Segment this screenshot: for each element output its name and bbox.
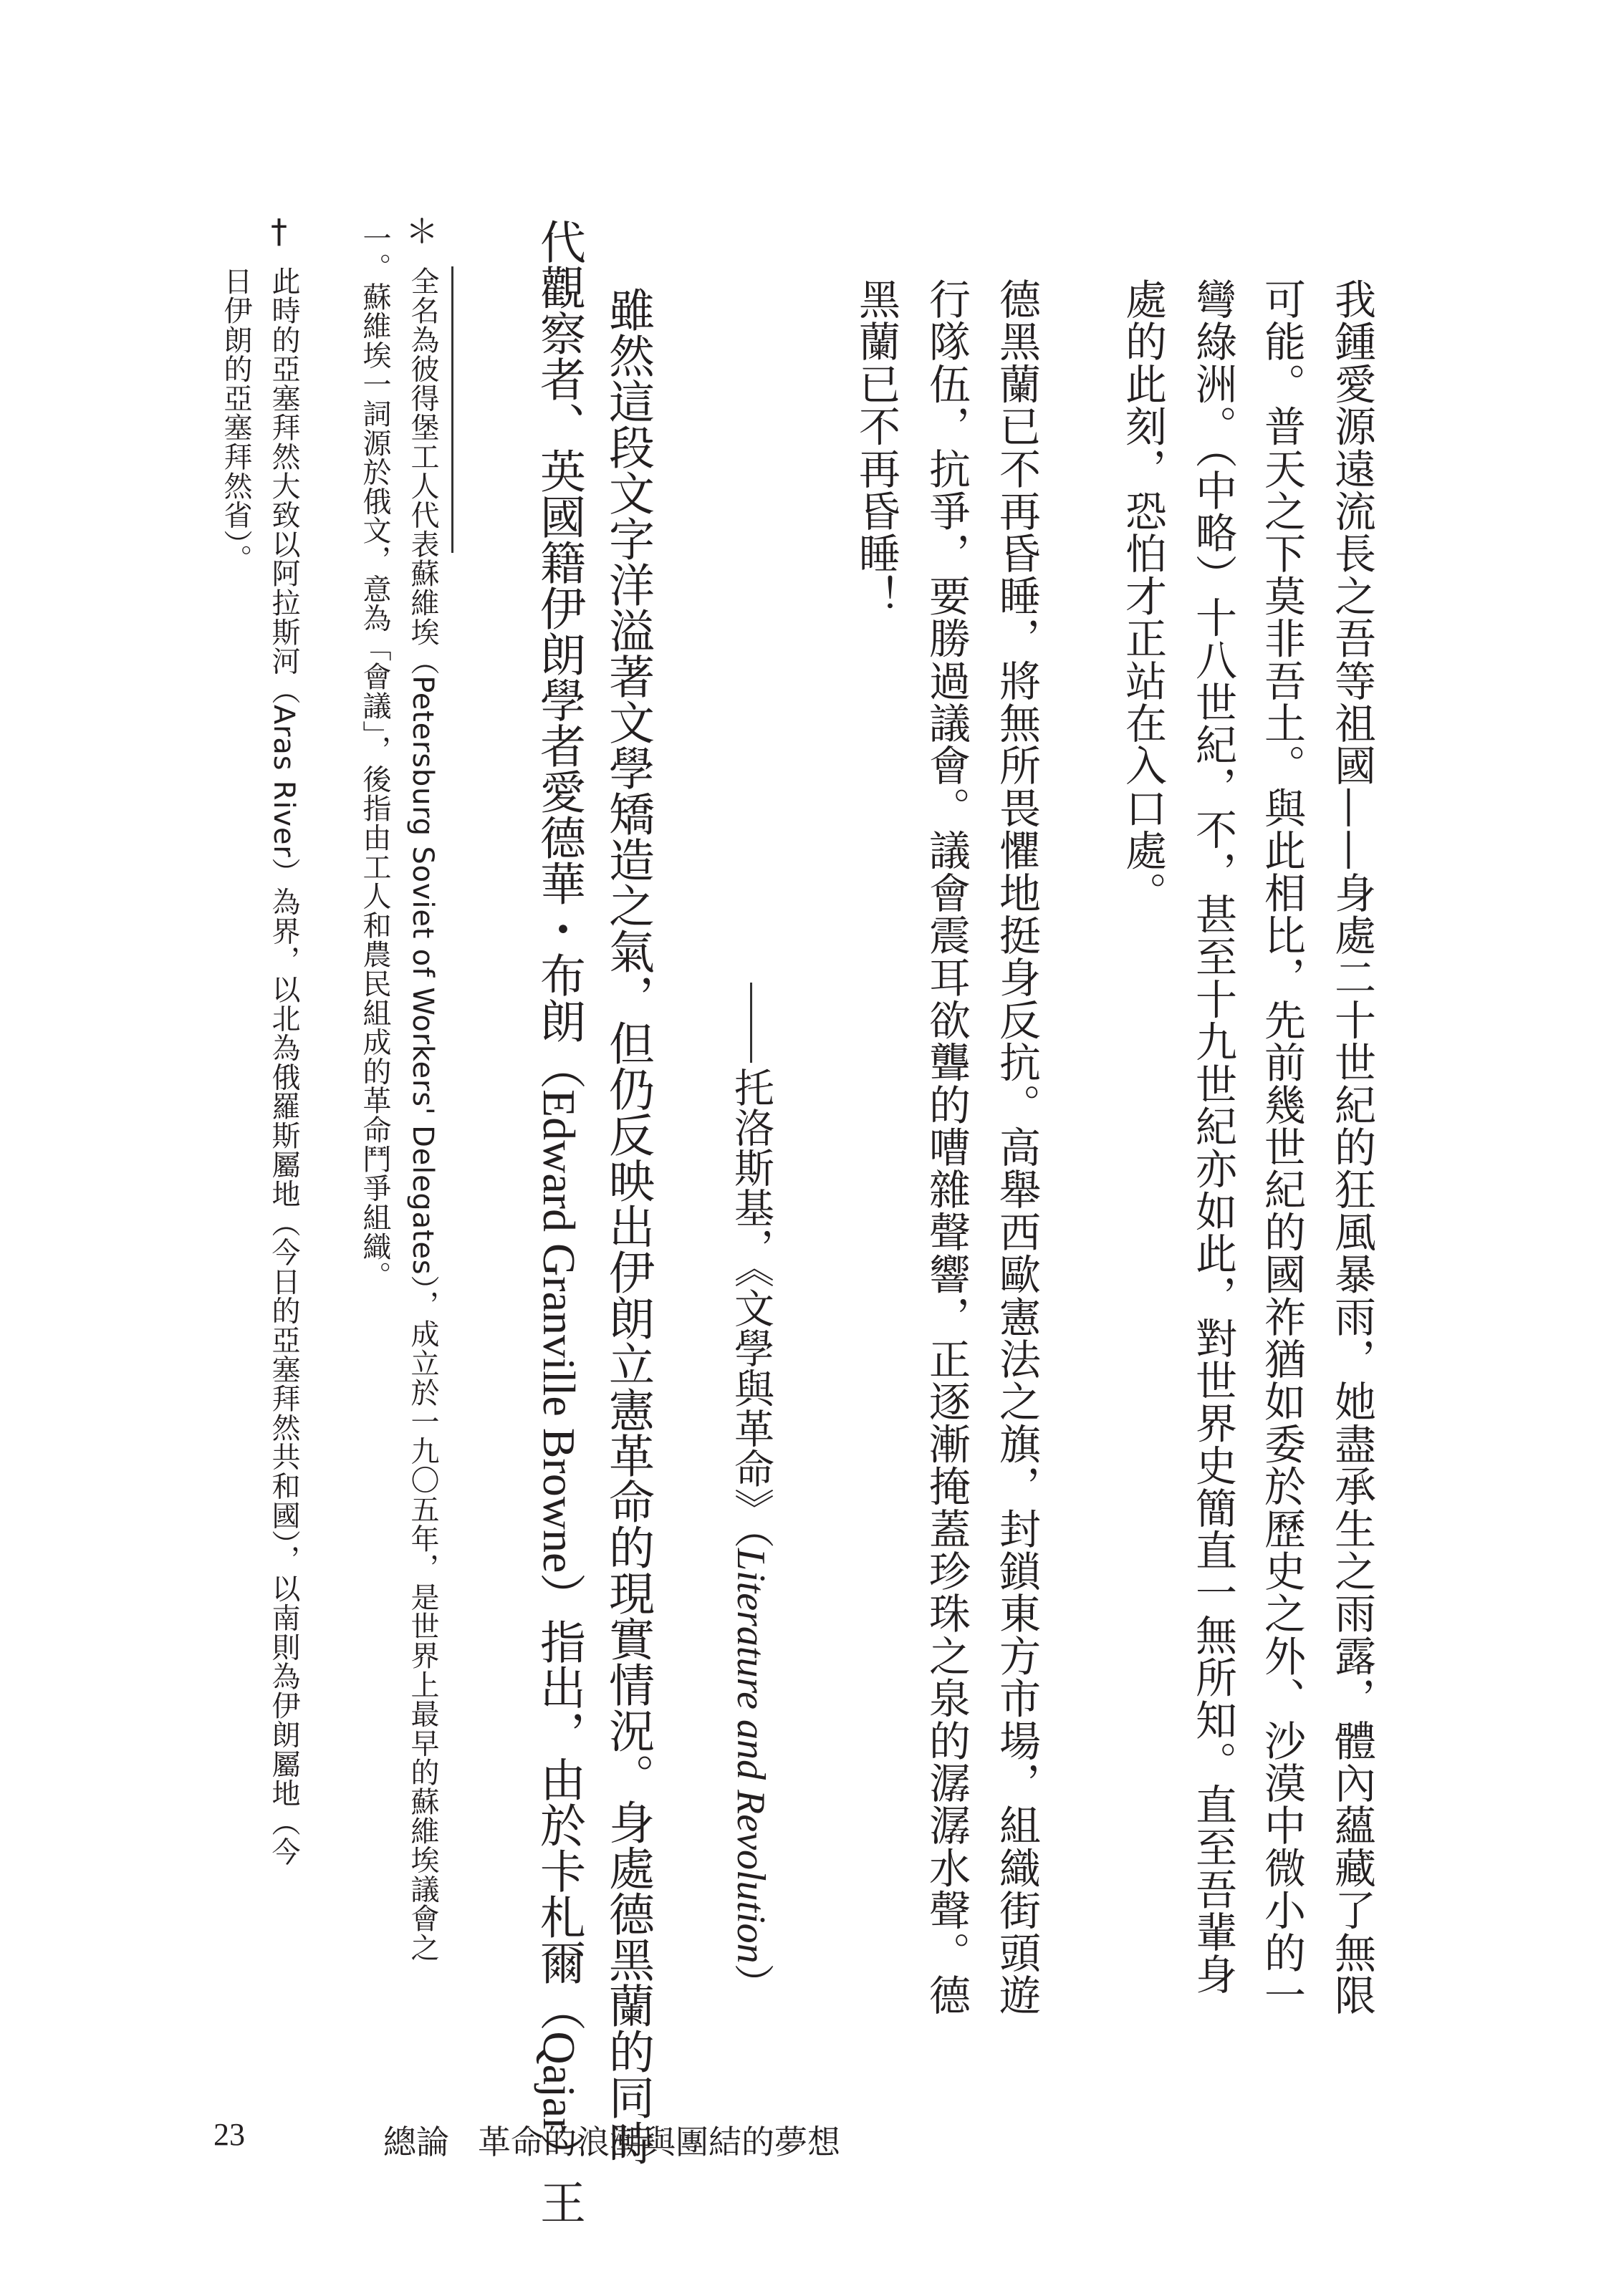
quote-column-5: 德黑蘭已不再昏睡，將無所畏懼地挺身反抗。高舉西歐憲法之旗，封鎖東方市場，組織街頭…	[996, 278, 1037, 2016]
footnote-1-column-2: 一。蘇維埃一詞源於俄文，意為「會議」，後指由工人和農民組成的革命鬥爭組織。	[360, 223, 389, 1291]
quote-column-1: 我鍾愛源遠流長之吾等祖國——身處二十世紀的狂風暴雨，她盡承生之雨露，體內蘊藏了無…	[1331, 278, 1373, 2016]
quote-column-4: 處的此刻，恐怕才正站在入口處。	[1122, 278, 1163, 914]
quote-attribution: 托洛斯基，《文學與革命》（Literature and Revolution）	[731, 1067, 771, 2004]
book-page: 我鍾愛源遠流長之吾等祖國——身處二十世紀的狂風暴雨，她盡承生之雨露，體內蘊藏了無…	[0, 0, 1619, 2296]
footnote-2-column-1: 此時的亞塞拜然大致以阿拉斯河（Aras River）為界，以北為俄羅斯屬地（今日…	[269, 266, 298, 1866]
footnote-rule	[451, 266, 453, 553]
running-header: 總論革命的浪潮與團結的夢想	[383, 2116, 840, 2164]
chapter-title: 革命的浪潮與團結的夢想	[478, 2124, 840, 2161]
page-number: 23	[213, 2116, 245, 2153]
quote-column-2: 可能。普天之下莫非吾土。與此相比，先前幾世紀的國祚猶如委於歷史之外、沙漠中微小的…	[1261, 278, 1302, 2016]
section-label: 總論	[383, 2124, 449, 2161]
attribution-paren-open: （	[728, 1528, 774, 1548]
footnote-asterisk-mark: ＊	[405, 215, 438, 248]
quote-column-7: 黑蘭已不再昏睡！	[855, 278, 897, 617]
attribution-paren-close: ）	[728, 1964, 774, 2004]
body-column-1: 雖然這段文字洋溢著文學矯造之氣，但仍反映出伊朗立憲革命的現實情況。身處德黑蘭的同…	[605, 286, 650, 2166]
footnote-dagger-mark: †	[271, 215, 287, 248]
footnote-1-column-1: 全名為彼得堡工人代表蘇維埃（Petersburg Soviet of Worke…	[408, 266, 437, 1962]
quote-column-6: 行隊伍，抗爭，要勝過議會。議會震耳欲聾的嘈雜聲響，正逐漸掩蓋珍珠之泉的潺潺水聲。…	[926, 278, 967, 2016]
attribution-author-title: 托洛斯基，《文學與革命》	[728, 1067, 774, 1528]
quote-column-3: 彎綠洲。（中略）十八世紀，不，甚至十九世紀亦如此，對世界史簡直一無所知。直至吾輩…	[1192, 278, 1234, 1995]
body-column-2: 代觀察者、英國籍伊朗學者愛德華・布朗（Edward Granville Brow…	[536, 218, 582, 2224]
attribution-english-title: Literature and Revolution	[729, 1548, 773, 1964]
footnote-2-column-2: 日伊朗的亞塞拜然省）。	[221, 266, 250, 574]
attribution-dash	[750, 983, 752, 1063]
